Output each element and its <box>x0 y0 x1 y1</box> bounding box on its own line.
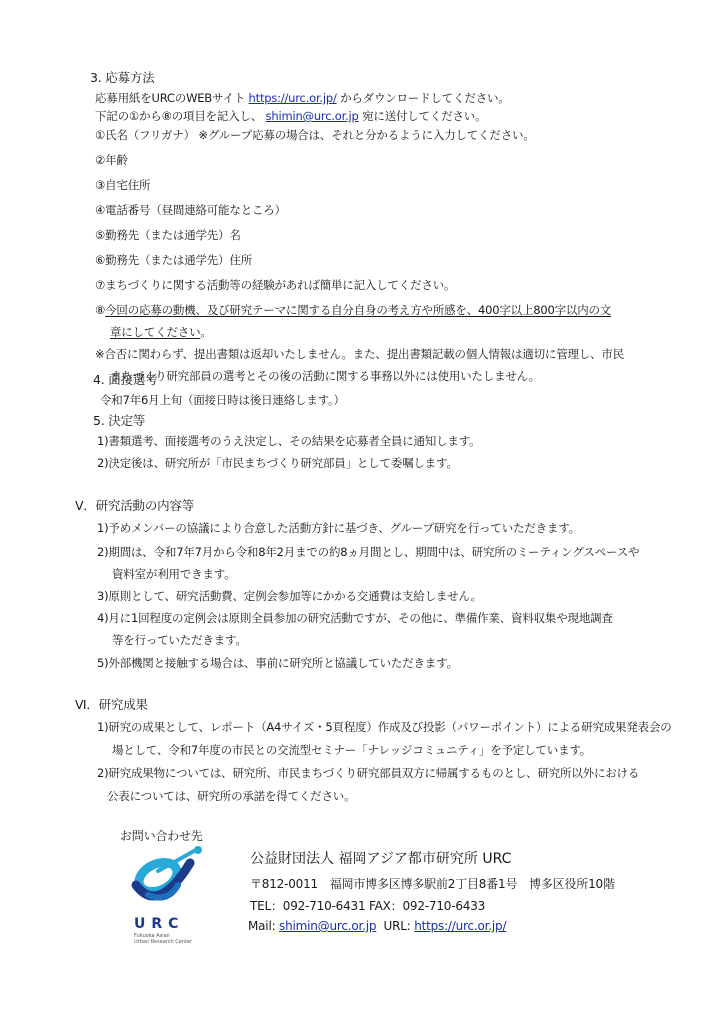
result-item-2-line1: 2)研究成果物については、研究所、市民まちづくり研究部員双方に帰属するものとし、… <box>97 765 639 781</box>
download-instruction: 応募用紙をURCのWEBサイト https://urc.or.jp/ からダウン… <box>95 90 510 106</box>
item-6: ⑥勤務先（または通学先）住所 <box>95 252 252 268</box>
url-label: URL: <box>384 919 415 933</box>
activity-item-3: 3)原則として、研究活動費、定例会参加等にかかる交通費は支給しません。 <box>97 588 482 604</box>
item-2: ②年齢 <box>95 152 128 168</box>
urc-website-link[interactable]: https://urc.or.jp/ <box>249 91 337 105</box>
decision-item-1: 1)書類選考、面接選考のうえ決定し、その結果を応募者全員に通知します。 <box>97 433 480 449</box>
send-text-post: 宛に送付してください。 <box>359 109 487 123</box>
privacy-note-line2: まちづくり研究部員の選考とその後の活動に関する事務以外には使用いたしません。 <box>110 368 540 384</box>
section-v-heading: Ⅴ．研究活動の内容等 <box>75 498 194 514</box>
urc-logo: URC Fukuoka Asian Urban Research Center <box>128 845 208 945</box>
item-8-number: ⑧ <box>95 303 105 317</box>
result-item-1-line1: 1)研究の成果として、レポート（A4サイズ・5頁程度）作成及び投影（パワーポイン… <box>97 719 672 735</box>
mail-label: Mail: <box>248 919 279 933</box>
activity-item-4-line1: 4)月に1回程度の定例会は原則全員参加の研究活動ですが、その他に、準備作業、資料… <box>97 610 613 626</box>
item-8-text-line2: 章にしてください <box>110 325 200 339</box>
contact-email-link[interactable]: shimin@urc.or.jp <box>279 919 376 933</box>
item-1: ①氏名（フリガナ） ※グループ応募の場合は、それと分かるように入力してください。 <box>95 127 535 143</box>
result-item-2-line2: 公表については、研究所の承諾を得てください。 <box>107 788 355 804</box>
item-3: ③自宅住所 <box>95 177 150 193</box>
send-instruction: 下記の①から⑧の項目を記入し、 shimin@urc.or.jp 宛に送付してく… <box>95 108 486 124</box>
activity-item-5: 5)外部機関と接触する場合は、事前に研究所と協議していただきます。 <box>97 655 458 671</box>
activity-item-2-line2: 資料室が利用できます。 <box>112 566 235 582</box>
item-8-period: 。 <box>200 325 211 339</box>
section-3-heading: 3. 応募方法 <box>90 70 155 86</box>
item-8-text-line1: 今回の応募の動機、及び研究テーマに関する自分自身の考え方や所感を、400字以上8… <box>105 303 611 317</box>
interview-schedule: 令和7年6月上旬（面接日時は後日連絡します。） <box>100 392 345 408</box>
send-text-pre: 下記の①から⑧の項目を記入し、 <box>95 109 266 123</box>
item-4: ④電話番号（昼間連絡可能なところ） <box>95 202 286 218</box>
item-8: ⑧今回の応募の動機、及び研究テーマに関する自分自身の考え方や所感を、400字以上… <box>95 302 611 318</box>
phone-fax: TEL：092-710-6431 FAX：092-710-6433 <box>250 898 485 914</box>
section-5-heading: 5. 決定等 <box>93 413 145 429</box>
contact-label: お問い合わせ先 <box>120 828 203 844</box>
activity-item-4-line2: 等を行っていただきます。 <box>112 632 247 648</box>
activity-item-2-line1: 2)期間は、令和7年7月から令和8年2月までの約8ヵ月間とし、期間中は、研究所の… <box>97 544 639 560</box>
organization-address: 〒812-0011 福岡市博多区博多駅前2丁目8番1号 博多区役所10階 <box>250 876 615 892</box>
download-text-pre: 応募用紙をURCのWEBサイト <box>95 91 249 105</box>
result-item-1-line2: 場として、令和7年度の市民との交流型セミナー「ナレッジコミュニティ」を予定してい… <box>112 742 591 758</box>
activity-item-1: 1)予めメンバーの協議により合意した活動方針に基づき、グループ研究を行っていただ… <box>97 520 580 536</box>
section-4-heading: 4. 面接選考 <box>93 372 158 388</box>
item-5: ⑤勤務先（または通学先）名 <box>95 227 241 243</box>
email-link[interactable]: shimin@urc.or.jp <box>266 109 359 123</box>
download-text-post: からダウンロードしてください。 <box>337 91 510 105</box>
item-7: ⑦まちづくりに関する活動等の経験があれば簡単に記入してください。 <box>95 277 455 293</box>
svg-text:Urban Research Center: Urban Research Center <box>134 939 193 945</box>
privacy-note-line1: ※合否に関わらず、提出書類は返却いたしません。また、提出書類記載の個人情報は適切… <box>95 346 624 362</box>
section-vi-heading: Ⅵ．研究成果 <box>75 697 148 713</box>
contact-url-link[interactable]: https://urc.or.jp/ <box>414 919 506 933</box>
organization-name: 公益財団法人 福岡アジア都市研究所 URC <box>250 851 511 867</box>
item-8-line2: 章にしてください。 <box>110 324 212 340</box>
mail-url-row: Mail: shimin@urc.or.jp URL: https://urc.… <box>248 918 506 934</box>
urc-logo-icon: URC Fukuoka Asian Urban Research Center <box>128 845 208 945</box>
decision-item-2: 2)決定後は、研究所が「市民まちづくり研究部員」として委嘱します。 <box>97 455 458 471</box>
svg-text:URC: URC <box>134 916 184 932</box>
